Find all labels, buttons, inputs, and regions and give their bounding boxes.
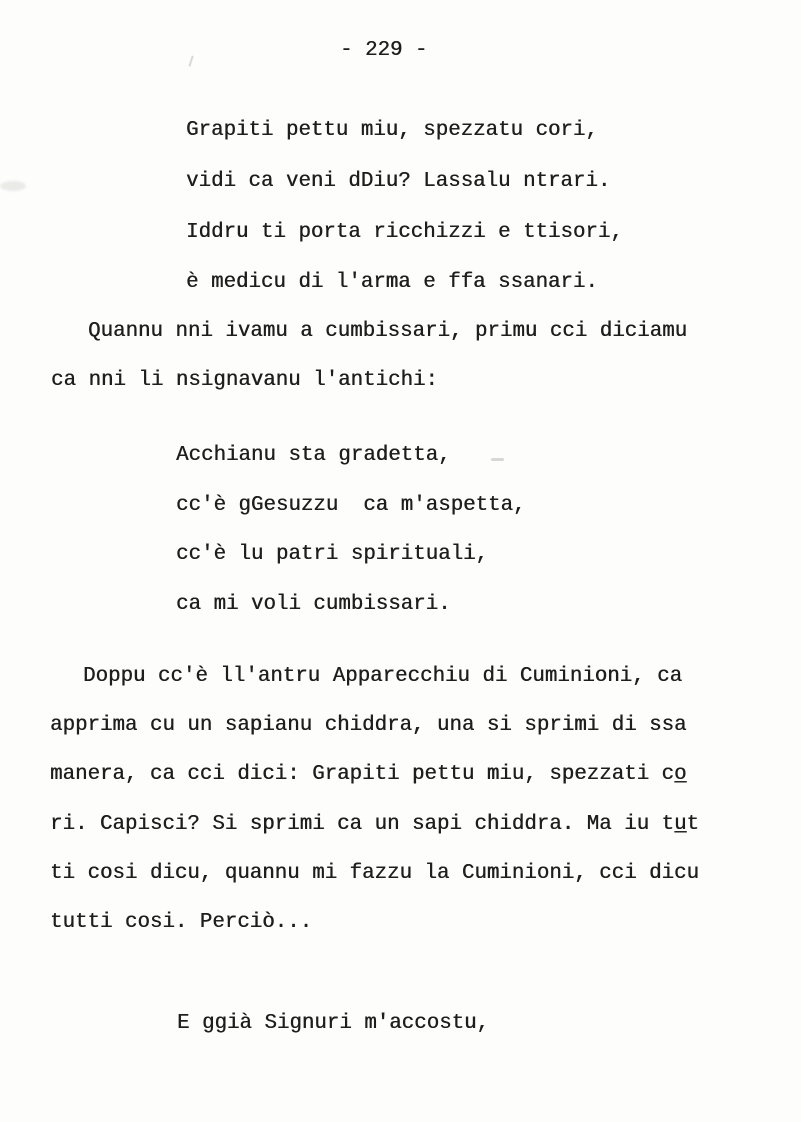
paragraph-line: Doppu cc'è ll'antru Apparecchiu di Cumin… [50, 652, 699, 701]
document-page: - 229 - Grapiti pettu miu, spezzatu cori… [0, 0, 801, 1122]
verse-block-3: E ggià Signuri m'accostu, [177, 999, 489, 1048]
verse-line: vidi ca veni dDiu? Lassalu ntrari. [186, 157, 623, 208]
verse-line: Acchianu sta gradetta, [176, 431, 525, 481]
paragraph-line: ri. Capisci? Si sprimi ca un sapi chiddr… [50, 800, 699, 849]
paragraph-2: Doppu cc'è ll'antru Apparecchiu di Cumin… [50, 652, 699, 947]
page-number: - 229 - [340, 26, 427, 76]
verse-line: ca mi voli cumbissari. [176, 580, 525, 630]
paragraph-1: Quannu nni ivamu a cumbissari, primu cci… [51, 307, 687, 405]
verse-block-1: Grapiti pettu miu, spezzatu cori, vidi c… [186, 106, 623, 309]
paragraph-line: ti cosi dicu, quannu mi fazzu la Cuminio… [50, 849, 699, 898]
paragraph-line: Quannu nni ivamu a cumbissari, primu cci… [51, 307, 687, 356]
verse-line: E ggià Signuri m'accostu, [177, 999, 489, 1048]
verse-line: Iddru ti porta ricchizzi e ttisori, [186, 208, 623, 259]
verse-line: è medicu di l'arma e ffa ssanari. [186, 258, 623, 309]
verse-block-2: Acchianu sta gradetta, cc'è gGesuzzu ca … [176, 431, 525, 629]
paragraph-line: tutti cosi. Perciò... [50, 898, 699, 947]
paragraph-line: ca nni li nsignavanu l'antichi: [51, 356, 687, 405]
scan-artifact-tick [188, 55, 196, 67]
verse-line: cc'è gGesuzzu ca m'aspetta, [176, 481, 525, 531]
scan-artifact-smudge [0, 181, 26, 191]
paragraph-line: apprima cu un sapianu chiddra, una si sp… [50, 701, 699, 750]
paragraph-line: manera, ca cci dici: Grapiti pettu miu, … [50, 750, 699, 799]
verse-line: cc'è lu patri spirituali, [176, 530, 525, 580]
verse-line: Grapiti pettu miu, spezzatu cori, [186, 106, 623, 157]
